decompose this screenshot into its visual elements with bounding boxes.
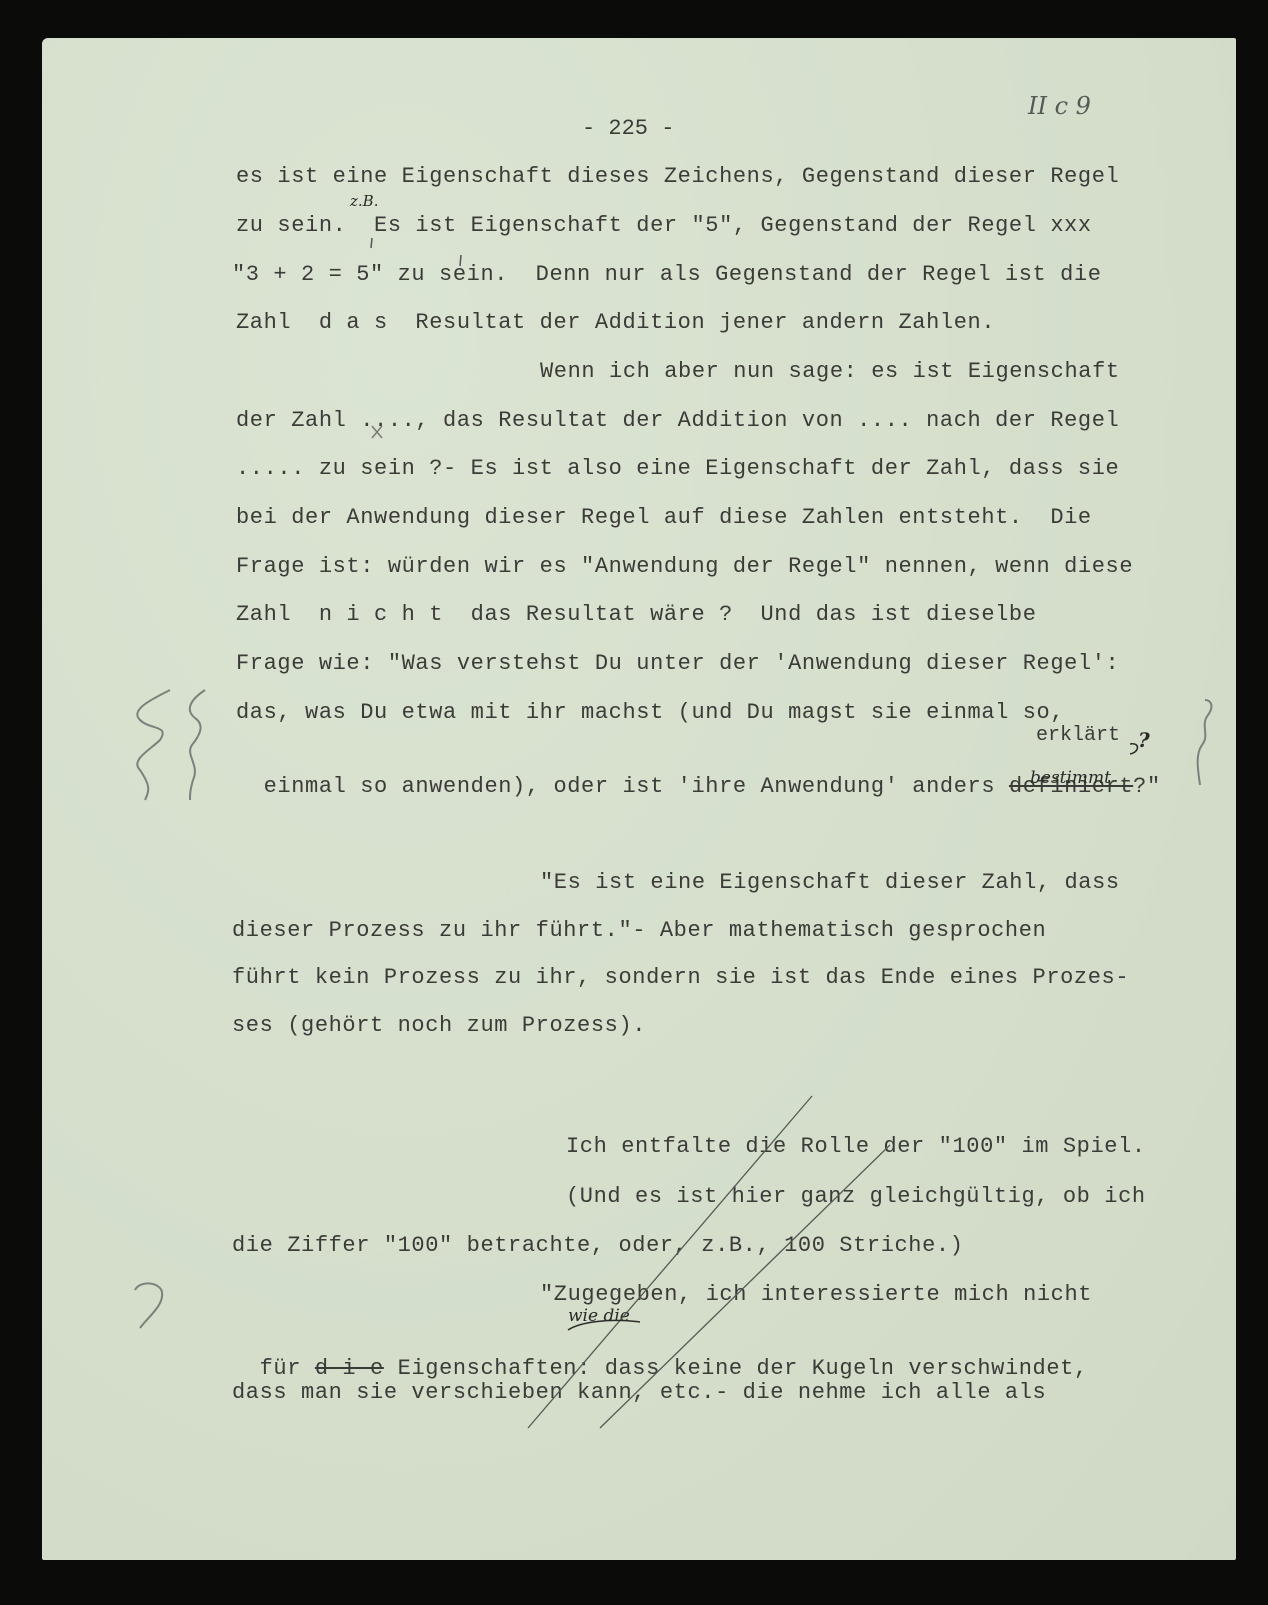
pencil-squiggle-icon [137, 690, 170, 800]
pencil-marks [0, 0, 1268, 1605]
pencil-question-icon [135, 1283, 162, 1328]
strike-line-icon [600, 1145, 890, 1428]
pencil-squiggle-icon [1198, 700, 1212, 785]
pencil-squiggle-icon [190, 690, 205, 800]
